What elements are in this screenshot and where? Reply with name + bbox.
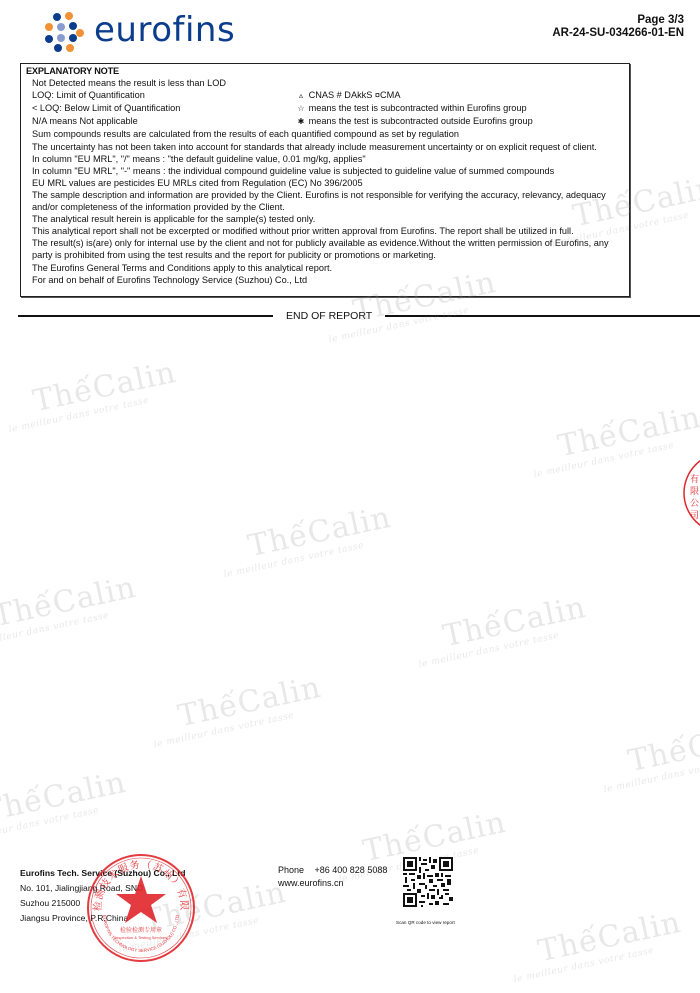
- company-seal-partial: 有 限 公 司: [676, 452, 700, 534]
- svg-text:限: 限: [690, 486, 699, 497]
- note-line: The uncertainty has not been taken into …: [32, 141, 629, 153]
- note-na: N/A means Not applicable: [32, 115, 296, 128]
- note-line: The Eurofins General Terms and Condition…: [32, 262, 629, 274]
- end-of-report-divider: END OF REPORT: [18, 309, 700, 323]
- qr-caption: Scan QR code to view report: [396, 920, 455, 925]
- star-outline-icon: ☆: [296, 103, 306, 115]
- asterisk-dot-icon: ✱: [296, 116, 306, 128]
- footer-contact: Phone +86 400 828 5088 www.eurofins.cn: [278, 864, 387, 890]
- watermark: ThếCalinle meilleur dans votre tasse: [555, 400, 700, 474]
- footer-address: Eurofins Tech. Service (Suzhou) Co., Ltd…: [20, 866, 186, 926]
- svg-text:公: 公: [690, 498, 699, 509]
- explanatory-note-box: EXPLANATORY NOTE Not Detected means the …: [20, 63, 630, 297]
- note-line-lod: Not Detected means the result is less th…: [32, 77, 629, 89]
- footer-address-line: Suzhou 215000: [20, 896, 186, 911]
- eurofins-dots-icon: [44, 12, 86, 52]
- footer-phone: Phone +86 400 828 5088: [278, 864, 387, 877]
- note-line: In column "EU MRL", "/" means : "the def…: [32, 153, 629, 165]
- watermark: ThếCalinle meilleur dans votre tasse: [0, 570, 141, 644]
- note-line: The sample description and information a…: [32, 189, 629, 201]
- end-of-report-label: END OF REPORT: [273, 310, 385, 322]
- qr-code[interactable]: [403, 857, 453, 907]
- note-line: This analytical report shall not be exce…: [32, 225, 629, 237]
- note-line: and/or completeness of the information p…: [32, 201, 629, 213]
- note-line: Sum compounds results are calculated fro…: [32, 128, 629, 140]
- page-number: Page 3/3: [552, 14, 684, 27]
- watermark: ThếCalinle meilleur dans votre tasse: [175, 670, 326, 744]
- divider-line: [385, 315, 700, 317]
- note-below-loq: < LOQ: Below Limit of Quantification: [32, 102, 296, 115]
- svg-text:司: 司: [690, 510, 699, 521]
- note-row-loq: LOQ: Limit of Quantification ▵ CNAS # DA…: [21, 89, 629, 102]
- note-line: EU MRL values are pesticides EU MRLs cit…: [32, 177, 629, 189]
- note-row-below-loq: < LOQ: Below Limit of Quantification ☆ m…: [21, 102, 629, 115]
- page-info: Page 3/3 AR-24-SU-034266-01-EN: [552, 14, 684, 40]
- triangle-icon: ▵: [296, 90, 306, 102]
- footer-website[interactable]: www.eurofins.cn: [278, 877, 387, 890]
- svg-text:Inspection & Testing Services: Inspection & Testing Services: [115, 935, 167, 940]
- watermark: ThếCalinle meilleur dans votre tasse: [0, 765, 131, 839]
- svg-text:有: 有: [690, 473, 699, 485]
- eurofins-logo: eurofins: [44, 12, 235, 52]
- note-subcontract-outside: ✱ means the test is subcontracted outsid…: [296, 115, 533, 128]
- note-line-signature: For and on behalf of Eurofins Technology…: [32, 274, 629, 286]
- watermark: ThếCalinle meilleur dans votre tasse: [625, 715, 700, 789]
- note-line: In column "EU MRL", "-" means : the indi…: [32, 165, 629, 177]
- watermark: ThếCalinle meilleur dans votre tasse: [535, 905, 686, 979]
- note-line: The result(s) is(are) only for internal …: [32, 237, 629, 249]
- brand-name: eurofins: [94, 13, 235, 47]
- footer-company: Eurofins Tech. Service (Suzhou) Co., Ltd: [20, 866, 186, 881]
- note-subcontract-within: ☆ means the test is subcontracted within…: [296, 102, 527, 115]
- report-id: AR-24-SU-034266-01-EN: [552, 27, 684, 40]
- divider-line: [18, 315, 273, 317]
- watermark: ThếCalinle meilleur dans votre tasse: [440, 590, 591, 664]
- note-line: party is prohibited from using the test …: [32, 249, 629, 261]
- note-row-na: N/A means Not applicable ✱ means the tes…: [21, 115, 629, 128]
- footer-address-line: No. 101, Jialingjiang Road, SND: [20, 881, 186, 896]
- watermark: ThếCalinle meilleur dans votre tasse: [30, 355, 181, 429]
- explanatory-note-title: EXPLANATORY NOTE: [26, 65, 629, 77]
- phone-number: +86 400 828 5088: [315, 865, 388, 875]
- phone-label: Phone: [278, 864, 312, 877]
- note-line: The analytical result herein is applicab…: [32, 213, 629, 225]
- note-loq: LOQ: Limit of Quantification: [32, 89, 296, 102]
- watermark: ThếCalinle meilleur dans votre tasse: [245, 500, 396, 574]
- note-accreditation: ▵ CNAS # DAkkS ¤CMA: [296, 89, 400, 102]
- svg-text:检验检测专用章: 检验检测专用章: [120, 926, 162, 934]
- footer-address-line: Jiangsu Province, P.R.China: [20, 911, 186, 926]
